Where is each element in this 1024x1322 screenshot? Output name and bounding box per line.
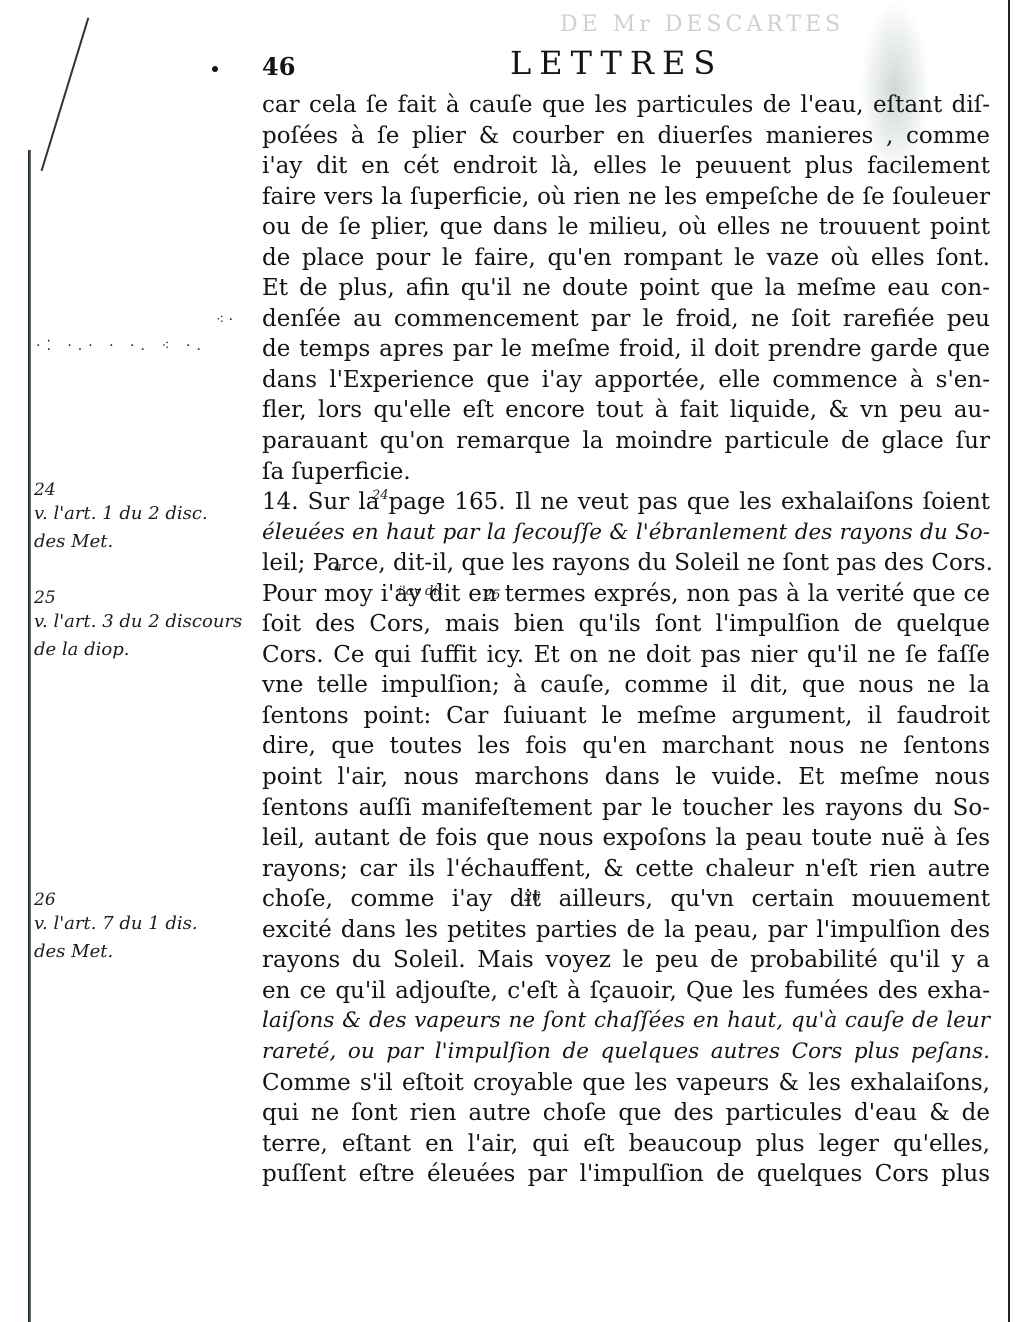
text-line: de temps apres par le meſme froid, il do…: [262, 334, 990, 365]
margin-note-25: 25 v. l'art. 3 du 2 discours de la diop.: [34, 588, 242, 664]
text-line: fler, lors qu'elle eſt encore tout à fai…: [262, 395, 990, 426]
text-line: excité dans les petites parties de la pe…: [262, 915, 990, 946]
text-line: dire, que toutes les fois qu'en marchant…: [262, 731, 990, 762]
text-line: i'ay dit en cét endroit là, elles le peu…: [262, 151, 990, 182]
ink-specks: ⁖ ·: [216, 312, 233, 328]
text-line: Cors. Ce qui ſuffit icy. Et on ne doit p…: [262, 640, 990, 671]
text-line: leil; Parce, dit-il, que les rayons du S…: [262, 548, 990, 579]
text-line: point l'air, nous marchons dans le vuide…: [262, 762, 990, 793]
margin-note-24: 24 v. l'art. 1 du 2 disc. des Met.: [34, 480, 208, 556]
text-line: denſée au commencement par le froid, ne …: [262, 304, 990, 335]
ink-specks-row: ·⁚ ·.· · ·. ⁖ ·.: [36, 338, 207, 354]
text-line-quotation: rareté, ou par l'impulſion de quelques a…: [262, 1037, 990, 1068]
text-line-quotation: laiſons & des vapeurs ne ſont chaſſées e…: [262, 1006, 990, 1037]
text-line: parauant qu'on remarque la moindre parti…: [262, 426, 990, 457]
text-line: poſées à ſe plier & courber en diuerſes …: [262, 121, 990, 152]
margin-note-line: de la diop.: [34, 636, 242, 664]
text-line: ſentons point: Car ſuiuant le meſme argu…: [262, 701, 990, 732]
page-right-edge: [1008, 0, 1010, 1322]
text-line: ſentons auſſi manifeſtement par le touch…: [262, 793, 990, 824]
margin-note-line: v. l'art. 1 du 2 disc.: [34, 500, 208, 528]
margin-note-line: v. l'art. 7 du 1 dis.: [34, 910, 198, 938]
footnote-marker-24: 24: [372, 488, 389, 503]
text-line: car cela ſe fait à cauſe que les particu…: [262, 90, 990, 121]
page-left-edge: [28, 150, 31, 1322]
margin-note-number: 24: [34, 480, 208, 500]
footnote-marker-25: 25: [484, 588, 501, 603]
text-line: vne telle impulſion; à cauſe, comme il d…: [262, 670, 990, 701]
text-line-quotation: éleuées en haut par la ſecouſſe & l'ébra…: [262, 518, 990, 549]
text-line: Et de plus, afin qu'il ne doute point qu…: [262, 273, 990, 304]
body-text: car cela ſe fait à cauſe que les particu…: [262, 90, 990, 1190]
margin-note-line: des Met.: [34, 938, 198, 966]
margin-note-line: v. l'art. 3 du 2 discours: [34, 608, 242, 636]
correction-superscript: a: [334, 560, 342, 575]
text-line: terre, eſtant en l'air, qui eſt beaucoup…: [262, 1129, 990, 1160]
scanned-page: DE Mr DESCARTES 46 LETTRES ⁖ · ·⁚ ·.· · …: [0, 0, 1024, 1322]
text-line: ſa ſuperficie.: [262, 457, 990, 488]
text-line: qui ne ſont rien autre choſe que des par…: [262, 1098, 990, 1129]
page-number: 46: [262, 52, 295, 81]
text-line: faire vers la ſuperficie, où rien ne les…: [262, 182, 990, 213]
text-line: leil, autant de fois que nous expoſons l…: [262, 823, 990, 854]
margin-note-number: 25: [34, 588, 242, 608]
margin-note-line: des Met.: [34, 528, 208, 556]
text-line: en ce qu'il adjouſte, c'eſt à ſçauoir, Q…: [262, 976, 990, 1007]
bleed-through-running-head: DE Mr DESCARTES: [560, 12, 844, 37]
text-line: choſe, comme i'ay dit ailleurs, qu'vn ce…: [262, 884, 990, 915]
running-head: LETTRES: [510, 44, 723, 82]
margin-note-26: 26 v. l'art. 7 du 1 dis. des Met.: [34, 890, 198, 966]
text-line: de place pour le faire, qu'en rompant le…: [262, 243, 990, 274]
text-line: rayons; car ils l'échauffent, & cette ch…: [262, 854, 990, 885]
correction-superscript: i'ay dit: [398, 584, 443, 599]
text-line: rayons du Soleil. Mais voyez le peu de p…: [262, 945, 990, 976]
text-line: Pour moy i'ay dit en termes exprés, non …: [262, 579, 990, 610]
margin-note-number: 26: [34, 890, 198, 910]
ink-dot: [212, 66, 218, 72]
text-line: dans l'Experience que i'ay apportée, ell…: [262, 365, 990, 396]
text-line: puſſent eſtre éleuées par l'impulſion de…: [262, 1159, 990, 1190]
text-line: Comme s'il eſtoit croyable que les vapeu…: [262, 1068, 990, 1099]
page-fold-edge: [41, 18, 90, 172]
text-line: ſoit des Cors, mais bien qu'ils ſont l'i…: [262, 609, 990, 640]
footnote-marker-26: 26: [524, 890, 541, 905]
text-line: ou de ſe plier, que dans le milieu, où e…: [262, 212, 990, 243]
